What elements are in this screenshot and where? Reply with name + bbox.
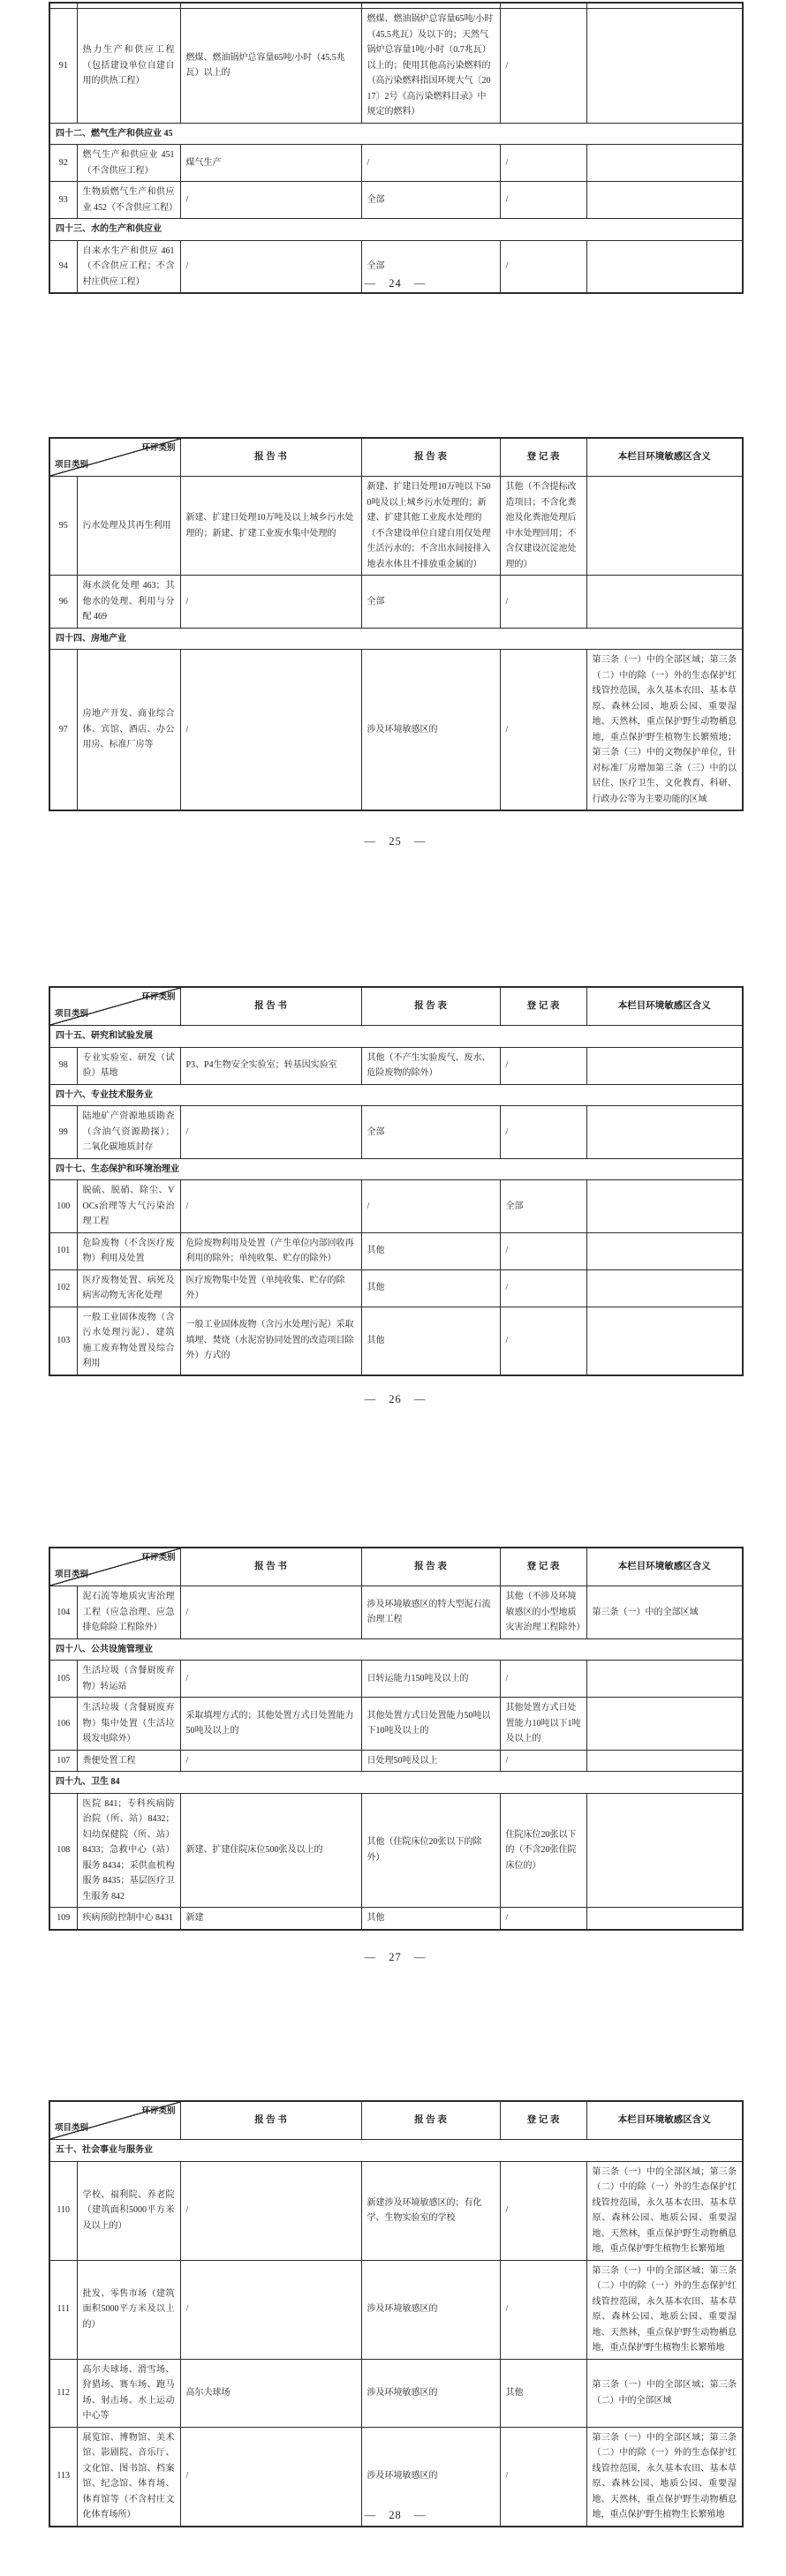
cell-report-form: 日转运能力150吨及以上的 [361, 1661, 500, 1698]
cell-category: 批发、零售市场（建筑面积5000平方米及以上的） [77, 2260, 180, 2359]
column-header-register-form: 登 记 表 [500, 987, 586, 1026]
cell-report-book: 燃煤、燃油锅炉总容量65吨/小时（45.5兆瓦）以上的 [180, 9, 361, 124]
cell-report-book: / [180, 2260, 361, 2359]
cell-seq: 100 [49, 1180, 77, 1233]
cell-register-form: / [500, 1908, 586, 1930]
cell-seq: 109 [49, 1908, 77, 1930]
cell-report-book: 新建、扩建日处理10万吨及以上城乡污水处理的；新建、扩建工业废水集中处理的 [180, 477, 361, 576]
corner-label-project-category: 项目类别 [55, 2121, 88, 2136]
cell-category: 燃气生产和供应业 451（不含供应工程） [77, 145, 180, 182]
column-header-register-form: 登 记 表 [500, 438, 586, 477]
corner-label-eia-category: 环评类别 [141, 2105, 175, 2120]
table-row: 106生活垃圾（含餐厨废弃物）集中处置（生活垃圾发电除外）采取填埋方式的；其他处… [49, 1698, 743, 1751]
cell-report-form: 其他 [361, 1307, 500, 1375]
cell-meaning: 第三条（一）中的全部区域 [586, 1586, 743, 1639]
cell-meaning [586, 1908, 743, 1930]
cell-meaning [586, 145, 743, 182]
cell-meaning [586, 1307, 743, 1375]
cell-seq: 111 [49, 2260, 77, 2359]
page-block-1: 91热力生产和供应工程（包括建设单位自建自用的供热工程）燃煤、燃油锅炉总容量65… [49, 2, 744, 294]
cell-report-form: 燃煤、燃油锅炉总容量65吨/小时（45.5兆瓦）及以下的；天然气锅炉总容量1吨/… [361, 9, 500, 124]
table-row: 92燃气生产和供应业 451（不含供应工程）煤气生产// [49, 145, 743, 182]
cell-seq: 96 [49, 576, 77, 629]
column-header-report-book: 报 告 书 [180, 2101, 361, 2140]
cell-report-book: 新建、扩建住院床位500张及以上的 [180, 1793, 361, 1908]
cell-report-book: / [180, 1750, 361, 1772]
section-row: 四十六、专业技术服务业 [49, 1084, 743, 1106]
cell-seq: 110 [49, 2161, 77, 2260]
column-header-report-book: 报 告 书 [180, 987, 361, 1026]
corner-label-eia-category: 环评类别 [141, 1551, 175, 1566]
section-row: 五十、社会事业与服务业 [49, 2140, 743, 2162]
column-header-sensitive-meaning: 本栏目环境敏感区含义 [586, 987, 743, 1026]
eia-category-table: 91热力生产和供应工程（包括建设单位自建自用的供热工程）燃煤、燃油锅炉总容量65… [49, 2, 744, 294]
diagonal-header-cell: 环评类别项目类别 [49, 987, 180, 1026]
table-row: 105生活垃圾（含餐厨废弃物）转运站/日转运能力150吨及以上的/ [49, 1661, 743, 1698]
cell-report-form: 全部 [361, 182, 500, 219]
table-row: 98专业实验室、研发（试验）基地P3、P4生物安全实验室；转基因实验室其他（不产… [49, 1047, 743, 1084]
cell-register-form: / [500, 1106, 586, 1159]
cell-meaning [586, 1750, 743, 1772]
cell-meaning: 第三条（一）中的全部区域；第三条（二）中的全部区域 [586, 2359, 743, 2427]
cell-register-form: 其他（不含提标改造项目；不含化粪池及化粪池处理后中水处理回用；不含仅建设沉淀池处… [500, 477, 586, 576]
cell-report-book: / [180, 182, 361, 219]
column-header-sensitive-meaning: 本栏目环境敏感区含义 [586, 2101, 743, 2140]
page-number: — 26 — [49, 1393, 742, 1406]
cell-report-book: 一般工业固体废物（含污水处理污泥）采取填埋、焚烧（水泥窑协同处置的改造项目除外）… [180, 1307, 361, 1375]
table-row: 110学校、福利院、养老院（建筑面积5000平方米及以上的）/新建涉及环境敏感区… [49, 2161, 743, 2260]
section-row: 四十九、卫生 84 [49, 1772, 743, 1794]
cell-report-form: 涉及环境敏感区的特大型泥石流治理工程 [361, 1586, 500, 1639]
table-row: 108医院 841；专科疾病防治院（所、站）8432；妇幼保健院（所、站）843… [49, 1793, 743, 1908]
cell-report-form: 日处理50吨及以上 [361, 1750, 500, 1772]
eia-category-table: 环评类别项目类别报 告 书报 告 表登 记 表本栏目环境敏感区含义四十五、研究和… [49, 986, 744, 1376]
cell-meaning [586, 576, 743, 629]
section-label: 四十九、卫生 84 [49, 1772, 743, 1794]
cell-category: 生活垃圾（含餐厨废弃物）集中处置（生活垃圾发电除外） [77, 1698, 180, 1751]
table-row: 111批发、零售市场（建筑面积5000平方米及以上的）/涉及环境敏感区的/第三条… [49, 2260, 743, 2359]
cell-seq: 106 [49, 1698, 77, 1751]
cell-register-form: / [500, 1232, 586, 1269]
table-row: 95污水处理及其再生利用新建、扩建日处理10万吨及以上城乡污水处理的；新建、扩建… [49, 477, 743, 576]
section-row: 四十二、燃气生产和供应业 45 [49, 123, 743, 145]
page-block-3: 环评类别项目类别报 告 书报 告 表登 记 表本栏目环境敏感区含义四十五、研究和… [49, 986, 744, 1376]
cell-category: 高尔夫球场、滑雪场、狩猎场、赛车场、跑马场、射击场、水上运动中心等 [77, 2359, 180, 2427]
column-header-sensitive-meaning: 本栏目环境敏感区含义 [586, 438, 743, 477]
section-label: 四十二、燃气生产和供应业 45 [49, 123, 743, 145]
corner-label-project-category: 项目类别 [55, 458, 88, 473]
cell-report-book: / [180, 1661, 361, 1698]
cell-register-form: 其他处置方式日处置能力10吨以下1吨及以上的 [500, 1698, 586, 1751]
table-row: 104泥石流等地质灾害治理工程（应急治理、应急排危除险工程除外）/涉及环境敏感区… [49, 1586, 743, 1639]
cell-meaning [586, 1793, 743, 1908]
cell-meaning: 第三条（一）中的全部区域；第三条（二）中的除（一）外的生态保护红线管控范围，永久… [586, 2260, 743, 2359]
cell-report-book: / [180, 1106, 361, 1159]
cell-category: 粪便处置工程 [77, 1750, 180, 1772]
cell-category: 热力生产和供应工程（包括建设单位自建自用的供热工程） [77, 9, 180, 124]
cell-register-form: / [500, 145, 586, 182]
cell-category: 泥石流等地质灾害治理工程（应急治理、应急排危除险工程除外） [77, 1586, 180, 1639]
column-header-register-form: 登 记 表 [500, 1548, 586, 1586]
cell-category: 海水淡化处理 463；其他水的处理、利用与分配 469 [77, 576, 180, 629]
section-row: 四十五、研究和试验发展 [49, 1026, 743, 1048]
corner-label-project-category: 项目类别 [55, 1568, 88, 1583]
cell-seq: 105 [49, 1661, 77, 1698]
cell-register-form: / [500, 1750, 586, 1772]
cell-register-form: / [500, 1269, 586, 1307]
page-block-5: 环评类别项目类别报 告 书报 告 表登 记 表本栏目环境敏感区含义五十、社会事业… [49, 2100, 744, 2527]
cell-category: 学校、福利院、养老院（建筑面积5000平方米及以上的） [77, 2161, 180, 2260]
cell-seq: 112 [49, 2359, 77, 2427]
table-row: 112高尔夫球场、滑雪场、狩猎场、赛车场、跑马场、射击场、水上运动中心等高尔夫球… [49, 2359, 743, 2427]
cell-category: 生物质燃气生产和供应业 452（不含供应工程） [77, 182, 180, 219]
cell-register-form: 全部 [500, 1180, 586, 1233]
table-header-row: 环评类别项目类别报 告 书报 告 表登 记 表本栏目环境敏感区含义 [49, 2101, 743, 2140]
cell-seq: 91 [49, 9, 77, 124]
section-label: 四十三、水的生产和供应业 [49, 219, 743, 241]
page-number: — 24 — [49, 277, 742, 290]
column-header-register-form: 登 记 表 [500, 2101, 586, 2140]
cell-seq: 104 [49, 1586, 77, 1639]
corner-label-project-category: 项目类别 [55, 1007, 88, 1022]
section-row: 四十八、公共设施管理业 [49, 1638, 743, 1661]
table-row: 107粪便处置工程/日处理50吨及以上/ [49, 1750, 743, 1772]
cell-register-form: / [500, 2161, 586, 2260]
page-block-2: 环评类别项目类别报 告 书报 告 表登 记 表本栏目环境敏感区含义95污水处理及… [49, 437, 744, 811]
table-row: 103一般工业固体废物（含污水处理污泥）、建筑施工废弃物处置及综合利用一般工业固… [49, 1307, 743, 1375]
cell-register-form: / [500, 1307, 586, 1375]
table-row: 93生物质燃气生产和供应业 452（不含供应工程）/全部/ [49, 182, 743, 219]
table-row: 109疾病预防控制中心 8431新建其他/ [49, 1908, 743, 1930]
section-label: 四十四、房地产业 [49, 628, 743, 650]
cell-report-form: 涉及环境敏感区的 [361, 2359, 500, 2427]
section-row: 四十三、水的生产和供应业 [49, 219, 743, 241]
cell-register-form: 其他（不涉及环境敏感区的小型地质灾害治理工程除外） [500, 1586, 586, 1639]
cell-report-form: 新建、扩建日处理10万吨以下500吨及以上城乡污水处理的；新建、扩建其他工业废水… [361, 477, 500, 576]
cell-category: 污水处理及其再生利用 [77, 477, 180, 576]
cell-seq: 95 [49, 477, 77, 576]
table-row: 101危险废物（不含医疗废物）利用及处置危险废物利用及处置（产生单位内部回收再利… [49, 1232, 743, 1269]
section-label: 五十、社会事业与服务业 [49, 2140, 743, 2162]
cell-report-book: P3、P4生物安全实验室；转基因实验室 [180, 1047, 361, 1084]
column-header-report-form: 报 告 表 [361, 2101, 500, 2140]
cell-report-form: / [361, 1180, 500, 1233]
cell-report-form: / [361, 145, 500, 182]
cell-category: 危险废物（不含医疗废物）利用及处置 [77, 1232, 180, 1269]
cell-report-form: 涉及环境敏感区的 [361, 2260, 500, 2359]
column-header-report-book: 报 告 书 [180, 1548, 361, 1586]
section-label: 四十五、研究和试验发展 [49, 1026, 743, 1048]
cell-report-book: 医疗废物集中处置（单纯收集、贮存的除外） [180, 1269, 361, 1307]
table-row: 99陆地矿产资源地质勘查（含油气资源勘探）；二氧化碳地质封存/全部/ [49, 1106, 743, 1159]
cell-report-book: / [180, 576, 361, 629]
cell-meaning: 第三条（一）中的全部区域；第三条（二）中的除（一）外的生态保护红线管控范围，永久… [586, 2161, 743, 2260]
table-row: 91热力生产和供应工程（包括建设单位自建自用的供热工程）燃煤、燃油锅炉总容量65… [49, 9, 743, 124]
column-header-sensitive-meaning: 本栏目环境敏感区含义 [586, 1548, 743, 1586]
cell-meaning [586, 1106, 743, 1159]
cell-report-book: / [180, 1180, 361, 1233]
cell-report-book: / [180, 1586, 361, 1639]
cell-meaning [586, 1180, 743, 1233]
cell-category: 专业实验室、研发（试验）基地 [77, 1047, 180, 1084]
cell-register-form: / [500, 1661, 586, 1698]
section-label: 四十六、专业技术服务业 [49, 1084, 743, 1106]
table-row: 97房地产开发、商业综合体、宾馆、酒店、办公用房、标准厂房等/涉及环境敏感区的/… [49, 650, 743, 811]
diagonal-header-cell: 环评类别项目类别 [49, 1548, 180, 1586]
cell-category: 脱硫、脱硝、除尘、VOCs治理等大气污染治理工程 [77, 1180, 180, 1233]
section-row: 四十七、生态保护和环境治理业 [49, 1158, 743, 1180]
table-row: 100脱硫、脱硝、除尘、VOCs治理等大气污染治理工程//全部 [49, 1180, 743, 1233]
cell-meaning [586, 1698, 743, 1751]
cell-register-form: / [500, 9, 586, 124]
cell-seq: 93 [49, 182, 77, 219]
cell-meaning [586, 9, 743, 124]
cell-report-form: 新建涉及环境敏感区的；有化学、生物实验室的学校 [361, 2161, 500, 2260]
cell-category: 生活垃圾（含餐厨废弃物）转运站 [77, 1661, 180, 1698]
cell-seq: 99 [49, 1106, 77, 1159]
cell-category: 一般工业固体废物（含污水处理污泥）、建筑施工废弃物处置及综合利用 [77, 1307, 180, 1375]
column-header-report-book: 报 告 书 [180, 438, 361, 477]
cell-meaning: 第三条（一）中的全部区域；第三条（二）中的除（一）外的生态保护红线管控范围，永久… [586, 650, 743, 811]
corner-label-eia-category: 环评类别 [141, 441, 175, 456]
table-header-row: 环评类别项目类别报 告 书报 告 表登 记 表本栏目环境敏感区含义 [49, 987, 743, 1026]
page-number: — 28 — [49, 2509, 742, 2522]
cell-category: 房地产开发、商业综合体、宾馆、酒店、办公用房、标准厂房等 [77, 650, 180, 811]
column-header-report-form: 报 告 表 [361, 438, 500, 477]
page-number: — 25 — [49, 835, 742, 848]
cell-seq: 107 [49, 1750, 77, 1772]
cell-seq: 108 [49, 1793, 77, 1908]
diagonal-header-cell: 环评类别项目类别 [49, 438, 180, 477]
table-row: 102医疗废物处置、病死及病害动物无害化处理医疗废物集中处置（单纯收集、贮存的除… [49, 1269, 743, 1307]
cell-register-form: / [500, 1047, 586, 1084]
cell-meaning [586, 1047, 743, 1084]
cell-report-form: 全部 [361, 576, 500, 629]
section-label: 四十七、生态保护和环境治理业 [49, 1158, 743, 1180]
section-label: 四十八、公共设施管理业 [49, 1638, 743, 1661]
cell-report-form: 其他 [361, 1232, 500, 1269]
cell-seq: 92 [49, 145, 77, 182]
cell-register-form: / [500, 576, 586, 629]
cell-report-book: 高尔夫球场 [180, 2359, 361, 2427]
cell-seq: 98 [49, 1047, 77, 1084]
column-header-report-form: 报 告 表 [361, 1548, 500, 1586]
table-header-row: 环评类别项目类别报 告 书报 告 表登 记 表本栏目环境敏感区含义 [49, 438, 743, 477]
cell-meaning [586, 1661, 743, 1698]
cell-report-book: 新建 [180, 1908, 361, 1930]
cell-report-book: 采取填埋方式的；其他处置方式日处置能力50吨及以上的 [180, 1698, 361, 1751]
cell-report-form: 其他（不产生实验废气、废水、危险废物的除外） [361, 1047, 500, 1084]
cell-meaning [586, 477, 743, 576]
section-row: 四十四、房地产业 [49, 628, 743, 650]
column-header-report-form: 报 告 表 [361, 987, 500, 1026]
cell-report-book: / [180, 650, 361, 811]
cell-report-form: 其他 [361, 1908, 500, 1930]
cell-category: 疾病预防控制中心 8431 [77, 1908, 180, 1930]
cell-category: 医院 841；专科疾病防治院（所、站）8432；妇幼保健院（所、站）8433；急… [77, 1793, 180, 1908]
cell-register-form: 其他 [500, 2359, 586, 2427]
cell-meaning [586, 182, 743, 219]
cell-meaning [586, 1232, 743, 1269]
page-block-4: 环评类别项目类别报 告 书报 告 表登 记 表本栏目环境敏感区含义104泥石流等… [49, 1547, 744, 1931]
page-number: — 27 — [49, 1951, 742, 1964]
cell-meaning [586, 1269, 743, 1307]
cell-report-form: 其他 [361, 1269, 500, 1307]
cell-report-form: 涉及环境敏感区的 [361, 650, 500, 811]
cell-report-book: 煤气生产 [180, 145, 361, 182]
eia-category-table: 环评类别项目类别报 告 书报 告 表登 记 表本栏目环境敏感区含义五十、社会事业… [49, 2100, 744, 2527]
cell-register-form: / [500, 650, 586, 811]
cell-report-book: / [180, 2161, 361, 2260]
eia-category-table: 环评类别项目类别报 告 书报 告 表登 记 表本栏目环境敏感区含义104泥石流等… [49, 1547, 744, 1931]
cell-register-form: 住院床位20张以下的（不含20张住院床位的） [500, 1793, 586, 1908]
cell-report-form: 其他（住院床位20张以下的除外） [361, 1793, 500, 1908]
cell-seq: 101 [49, 1232, 77, 1269]
diagonal-header-cell: 环评类别项目类别 [49, 2101, 180, 2140]
table-header-row: 环评类别项目类别报 告 书报 告 表登 记 表本栏目环境敏感区含义 [49, 1548, 743, 1586]
cell-category: 医疗废物处置、病死及病害动物无害化处理 [77, 1269, 180, 1307]
cell-report-book: 危险废物利用及处置（产生单位内部回收再利用的除外；单纯收集、贮存的除外） [180, 1232, 361, 1269]
cell-report-form: 其他处置方式日处置能力50吨以下10吨及以上的 [361, 1698, 500, 1751]
cell-seq: 102 [49, 1269, 77, 1307]
cell-report-form: 全部 [361, 1106, 500, 1159]
cell-seq: 103 [49, 1307, 77, 1375]
cell-register-form: / [500, 182, 586, 219]
table-row: 96海水淡化处理 463；其他水的处理、利用与分配 469/全部/ [49, 576, 743, 629]
cell-category: 陆地矿产资源地质勘查（含油气资源勘探）；二氧化碳地质封存 [77, 1106, 180, 1159]
scanned-document-page: 91热力生产和供应工程（包括建设单位自建自用的供热工程）燃煤、燃油锅炉总容量65… [0, 0, 786, 2576]
cell-register-form: / [500, 2260, 586, 2359]
cell-seq: 97 [49, 650, 77, 811]
corner-label-eia-category: 环评类别 [141, 990, 175, 1006]
eia-category-table: 环评类别项目类别报 告 书报 告 表登 记 表本栏目环境敏感区含义95污水处理及… [49, 437, 744, 811]
